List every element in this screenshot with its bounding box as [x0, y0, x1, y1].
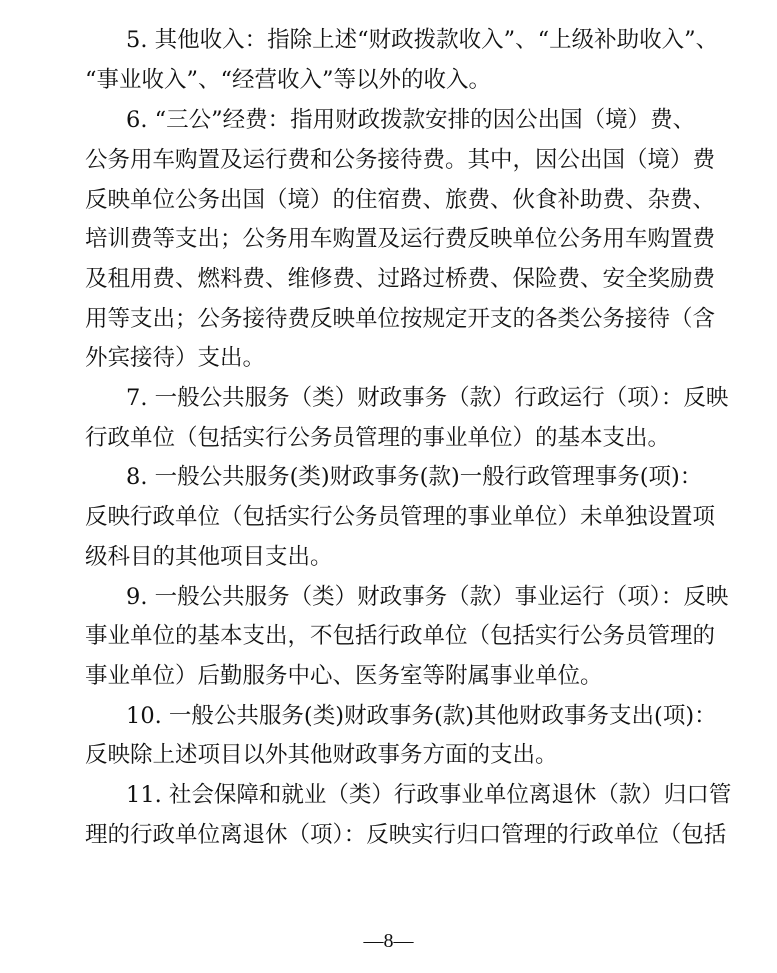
paragraph-6-line-5: 及租用费、燃料费、维修费、过路过桥费、保险费、安全奖励费 — [85, 259, 693, 299]
paragraph-6-line-1: 6. “三公”经费：指用财政拨款安排的因公出国（境）费、 — [126, 100, 693, 140]
paragraph-11-line-1: 11. 社会保障和就业（类）行政事业单位离退休（款）归口管 — [126, 775, 693, 815]
paragraph-6-line-3: 反映单位公务出国（境）的住宿费、旅费、伙食补助费、杂费、 — [85, 180, 693, 220]
paragraph-6-line-2: 公务用车购置及运行费和公务接待费。其中，因公出国（境）费 — [85, 140, 693, 180]
paragraph-8-line-3: 级科目的其他项目支出。 — [85, 537, 693, 577]
paragraph-10-line-1: 10. 一般公共服务(类)财政事务(款)其他财政事务支出(项)： — [126, 696, 693, 736]
paragraph-6-line-4: 培训费等支出；公务用车购置及运行费反映单位公务用车购置费 — [85, 219, 693, 259]
paragraph-8-line-2: 反映行政单位（包括实行公务员管理的事业单位）未单独设置项 — [85, 497, 693, 537]
document-page: 5. 其他收入：指除上述“财政拨款收入”、“上级补助收入”、 “事业收入”、“经… — [0, 0, 777, 973]
paragraph-9-line-3: 事业单位）后勤服务中心、医务室等附属事业单位。 — [85, 656, 693, 696]
paragraph-8-line-1: 8. 一般公共服务(类)财政事务(款)一般行政管理事务(项)： — [126, 457, 693, 497]
paragraph-5-line-1: 5. 其他收入：指除上述“财政拨款收入”、“上级补助收入”、 — [126, 20, 693, 60]
paragraph-7-line-2: 行政单位（包括实行公务员管理的事业单位）的基本支出。 — [85, 418, 693, 458]
paragraph-6-line-6: 用等支出；公务接待费反映单位按规定开支的各类公务接待（含 — [85, 299, 693, 339]
paragraph-11-line-2: 理的行政单位离退休（项）：反映实行归口管理的行政单位（包括 — [85, 815, 693, 855]
page-number: —8— — [0, 930, 777, 953]
paragraph-6-line-7: 外宾接待）支出。 — [85, 338, 693, 378]
paragraph-9-line-1: 9. 一般公共服务（类）财政事务（款）事业运行（项）：反映 — [126, 577, 693, 617]
paragraph-10-line-2: 反映除上述项目以外其他财政事务方面的支出。 — [85, 735, 693, 775]
paragraph-9-line-2: 事业单位的基本支出，不包括行政单位（包括实行公务员管理的 — [85, 616, 693, 656]
paragraph-5-line-2: “事业收入”、“经营收入”等以外的收入。 — [85, 60, 693, 100]
paragraph-7-line-1: 7. 一般公共服务（类）财政事务（款）行政运行（项）：反映 — [126, 378, 693, 418]
